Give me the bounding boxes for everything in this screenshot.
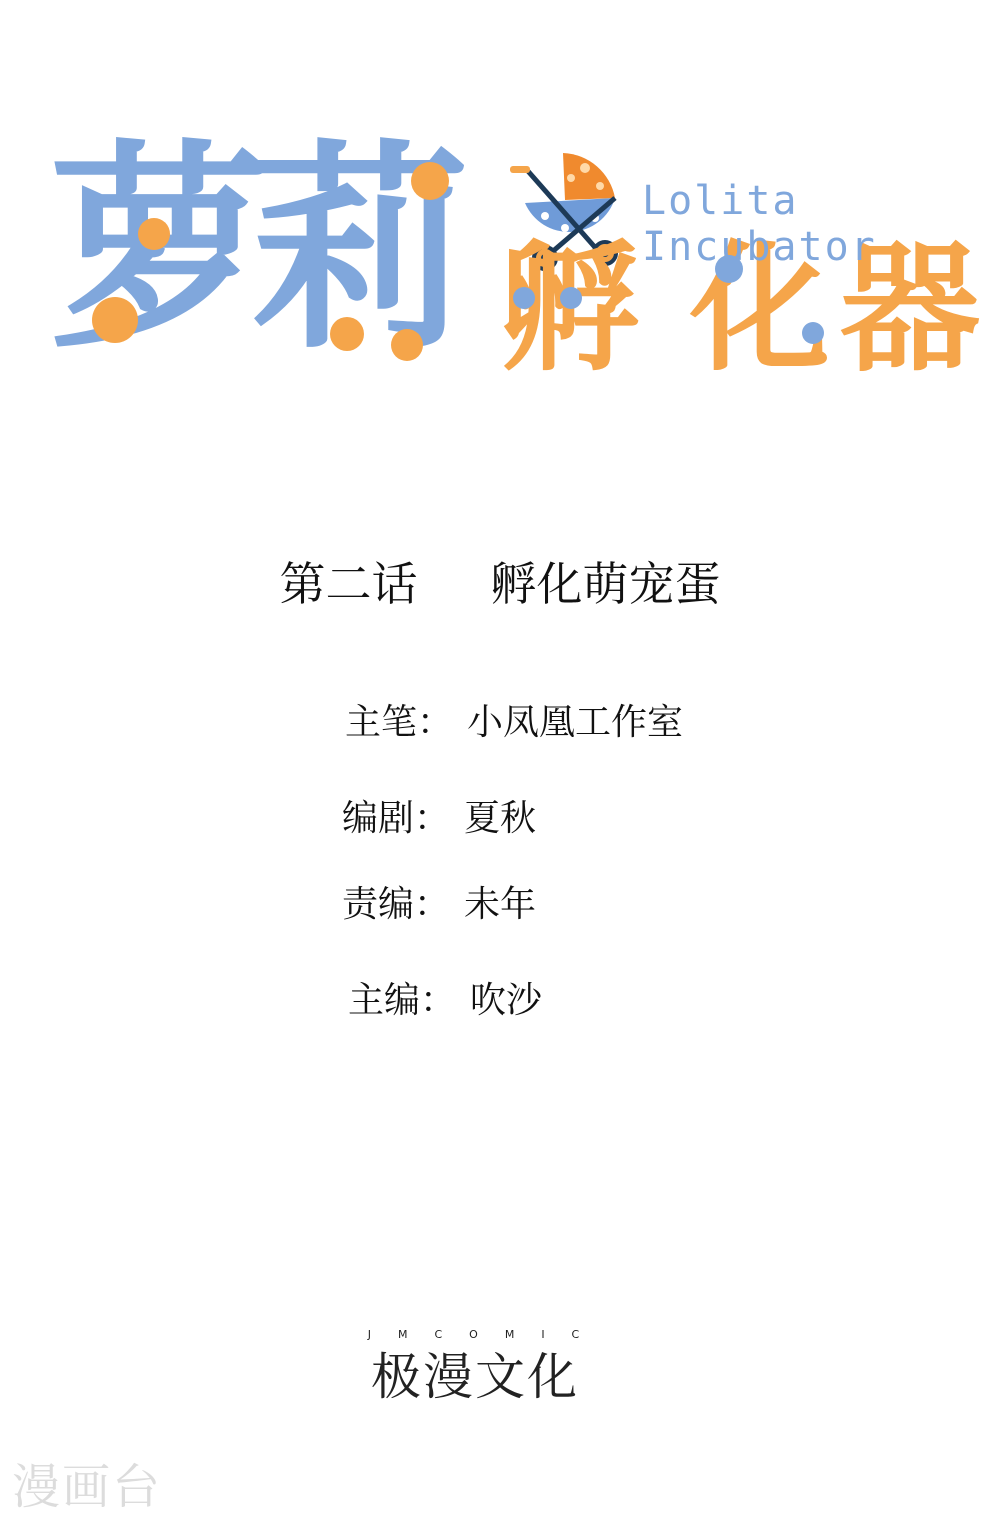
credit-value: 夏秋 <box>464 798 536 839</box>
decor-dot <box>513 287 535 309</box>
credit-chief-editor: 主编：吹沙 <box>348 972 542 1023</box>
credit-value: 吹沙 <box>470 980 542 1021</box>
title-english: Lolita Incubator <box>642 178 1000 270</box>
credit-artist: 主笔：小凤凰工作室 <box>345 694 683 745</box>
credit-writer: 编剧：夏秋 <box>342 790 536 841</box>
credit-value: 小凤凰工作室 <box>467 702 683 743</box>
decor-dot <box>802 322 824 344</box>
publisher-cn: 极漫文化 <box>340 1337 610 1409</box>
decor-dot <box>330 317 364 351</box>
decor-dot <box>411 162 449 200</box>
chapter-title: 第二话 孵化萌宠蛋 <box>0 548 1000 614</box>
decor-dot <box>138 218 170 250</box>
decor-dot <box>391 329 423 361</box>
credit-label: 编剧： <box>342 798 450 839</box>
decor-dot <box>92 297 138 343</box>
credit-editor: 责编：未年 <box>342 876 536 927</box>
credit-value: 未年 <box>464 884 536 925</box>
watermark: 漫画台 <box>12 1448 162 1515</box>
credit-label: 主编： <box>348 980 456 1021</box>
title-char-luo: 萝 <box>50 140 270 360</box>
credit-label: 主笔： <box>345 702 453 743</box>
decor-dot <box>560 287 582 309</box>
publisher-logo: JMCOMIC 极漫文化 <box>340 1328 610 1409</box>
credit-label: 责编： <box>342 884 450 925</box>
title-char-fu: 孵 <box>500 240 640 380</box>
